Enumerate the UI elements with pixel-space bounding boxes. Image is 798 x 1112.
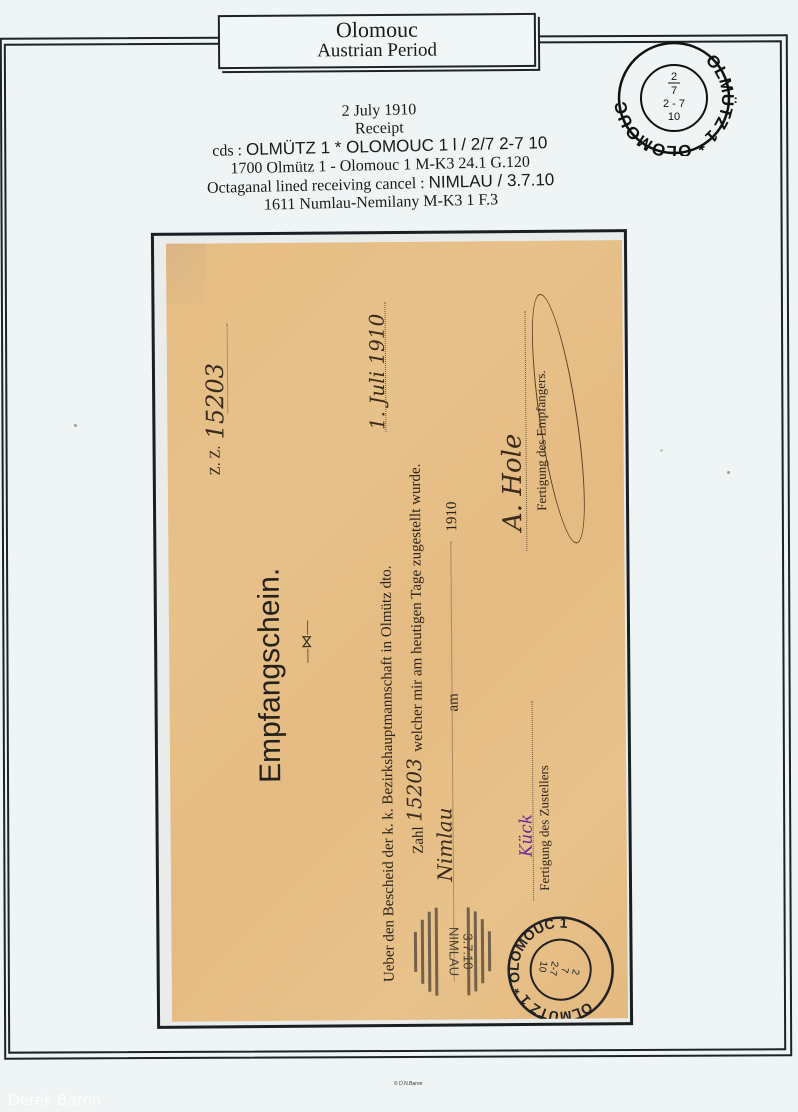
svg-text:NIMLAU: NIMLAU bbox=[446, 927, 461, 976]
receipt-document: Z. Z. 15203 Empfangschein. —⋈— Ueber den… bbox=[166, 240, 628, 1022]
page-title-box: Olomouc Austrian Period bbox=[218, 13, 536, 69]
recipient-signature: A. Hole bbox=[497, 434, 528, 532]
receiving-value: NIMLAU / 3.7.10 bbox=[428, 170, 554, 192]
line2-printed: welcher mir am heutigen Tage zugestellt … bbox=[408, 464, 427, 752]
zz-label: Z. Z. bbox=[208, 446, 225, 476]
line2-prefix: Zahl bbox=[411, 826, 428, 854]
dotted-line bbox=[532, 701, 535, 901]
olmutz-cds-cancel: OLMÜTZ 1 * OLOMOUC 1 2 7 2-7 10 bbox=[501, 910, 620, 1022]
svg-text:7: 7 bbox=[671, 85, 677, 97]
postmark-illustration: OLMÜTZ 1 * OLOMOUC 1 2 7 2 - 7 10 bbox=[604, 36, 754, 156]
line2-handwritten-number: 15203 bbox=[402, 758, 426, 822]
item-description: 2 July 1910 Receipt cds : OLMÜTZ 1 * OLO… bbox=[169, 97, 591, 217]
photographer-watermark: Derek Baron bbox=[8, 1091, 101, 1109]
zz-number: 15203 bbox=[201, 363, 230, 440]
svg-text:10: 10 bbox=[668, 111, 680, 123]
paper-speck bbox=[660, 449, 663, 452]
document-mount: Z. Z. 15203 Empfangschein. —⋈— Ueber den… bbox=[151, 229, 633, 1029]
receipt-heading: Empfangschein. bbox=[253, 568, 289, 783]
page-title: Olomouc bbox=[220, 18, 534, 42]
svg-text:2 - 7: 2 - 7 bbox=[663, 98, 685, 110]
signature-flourish bbox=[521, 291, 596, 546]
nimlau-receiving-cancel: NIMLAU 3.7.10 bbox=[407, 901, 498, 1002]
cds-label: cds : bbox=[212, 142, 242, 160]
deliverer-label: Fertigung des Zustellers bbox=[536, 765, 553, 891]
paper-fold bbox=[166, 243, 206, 303]
line3-am: am bbox=[446, 693, 463, 711]
svg-text:2: 2 bbox=[671, 71, 677, 83]
page-subtitle: Austrian Period bbox=[220, 40, 534, 62]
svg-text:3.7.10: 3.7.10 bbox=[460, 933, 475, 969]
paper-speck bbox=[74, 424, 77, 427]
line3-year: 1910 bbox=[444, 501, 461, 531]
copyright-note: © D.N.Baron bbox=[394, 1081, 422, 1087]
ornament-divider: —⋈— bbox=[299, 621, 316, 663]
svg-text:10: 10 bbox=[536, 960, 549, 973]
paper-speck bbox=[727, 471, 730, 474]
line1-printed: Ueber den Bescheid der k. k. Bezirkshaup… bbox=[379, 565, 399, 982]
